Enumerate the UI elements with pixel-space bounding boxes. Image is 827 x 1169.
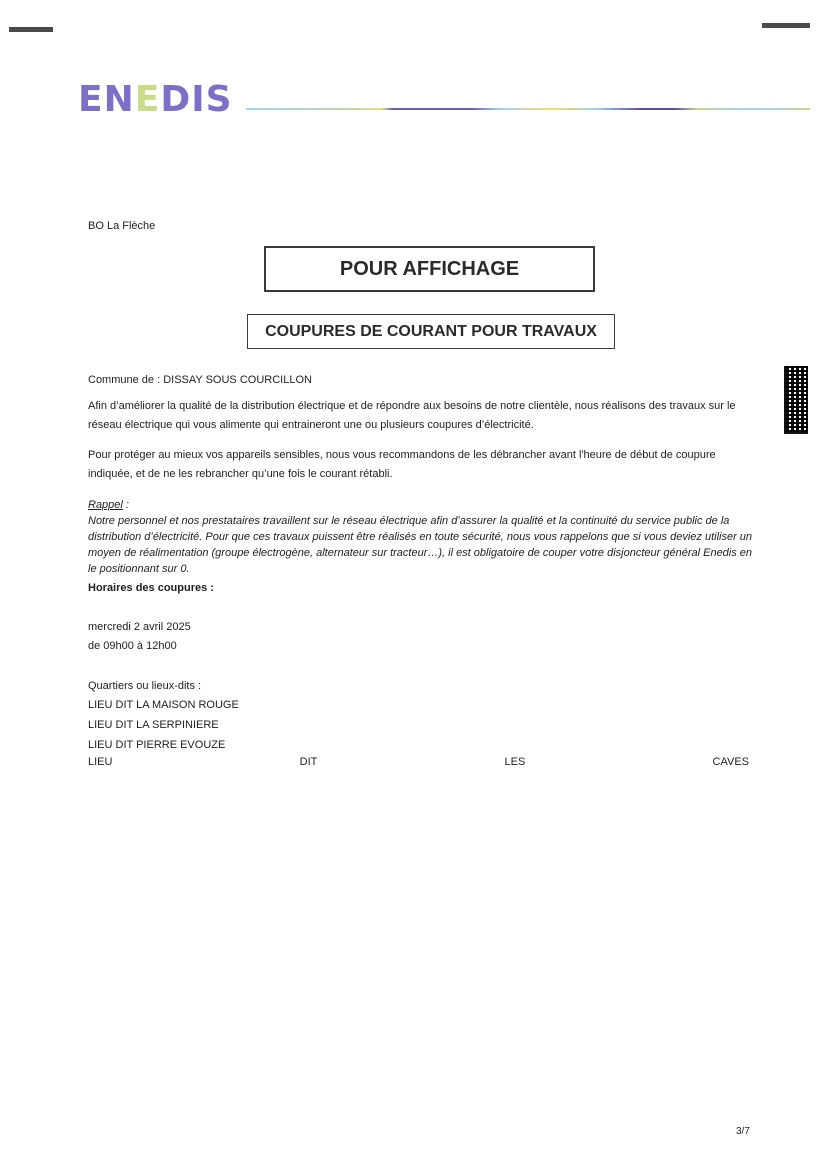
title-box: POUR AFFICHAGE [264, 246, 595, 292]
locations-heading: Quartiers ou lieux-dits : [88, 679, 201, 693]
subtitle-text: COUPURES DE COURANT POUR TRAVAUX [265, 323, 597, 341]
schedule-time: de 09h00 à 12h00 [88, 639, 177, 653]
logo-part-3: DIS [160, 79, 232, 120]
subtitle-box: COUPURES DE COURANT POUR TRAVAUX [247, 314, 615, 349]
location-word: DIT [300, 756, 318, 768]
title-text: POUR AFFICHAGE [340, 258, 519, 281]
paragraph-intro: Afin d’améliorer la qualité de la distri… [88, 397, 758, 435]
location-item-justified: LIEU DIT LES CAVES [88, 756, 749, 768]
datamatrix-code [784, 366, 808, 434]
location-item: LIEU DIT LA MAISON ROUGE [88, 698, 239, 712]
logo-part-2: E [135, 79, 161, 120]
reminder-label-suffix: : [123, 499, 129, 511]
scan-mark-right [762, 23, 810, 28]
enedis-logo: ENEDIS [78, 80, 233, 120]
header-color-line [246, 108, 810, 110]
sender-label: BO La Flèche [88, 219, 155, 233]
location-item: LIEU DIT PIERRE EVOUZE [88, 738, 225, 752]
reminder-block: Rappel : Notre personnel et nos prestata… [88, 497, 758, 577]
page-number: 3/7 [736, 1126, 750, 1137]
reminder-text: Notre personnel et nos prestataires trav… [88, 513, 758, 577]
paragraph-advice: Pour protéger au mieux vos appareils sen… [88, 446, 758, 484]
location-word: LES [505, 756, 526, 768]
location-word: CAVES [713, 756, 749, 768]
location-word: LIEU [88, 756, 112, 768]
logo-part-1: EN [78, 79, 135, 120]
schedule-date: mercredi 2 avril 2025 [88, 620, 191, 634]
commune-line: Commune de : DISSAY SOUS COURCILLON [88, 373, 312, 387]
schedule-heading: Horaires des coupures : [88, 581, 214, 595]
reminder-label: Rappel [88, 499, 123, 511]
location-item: LIEU DIT LA SERPINIERE [88, 718, 219, 732]
scan-mark-left [9, 27, 53, 32]
